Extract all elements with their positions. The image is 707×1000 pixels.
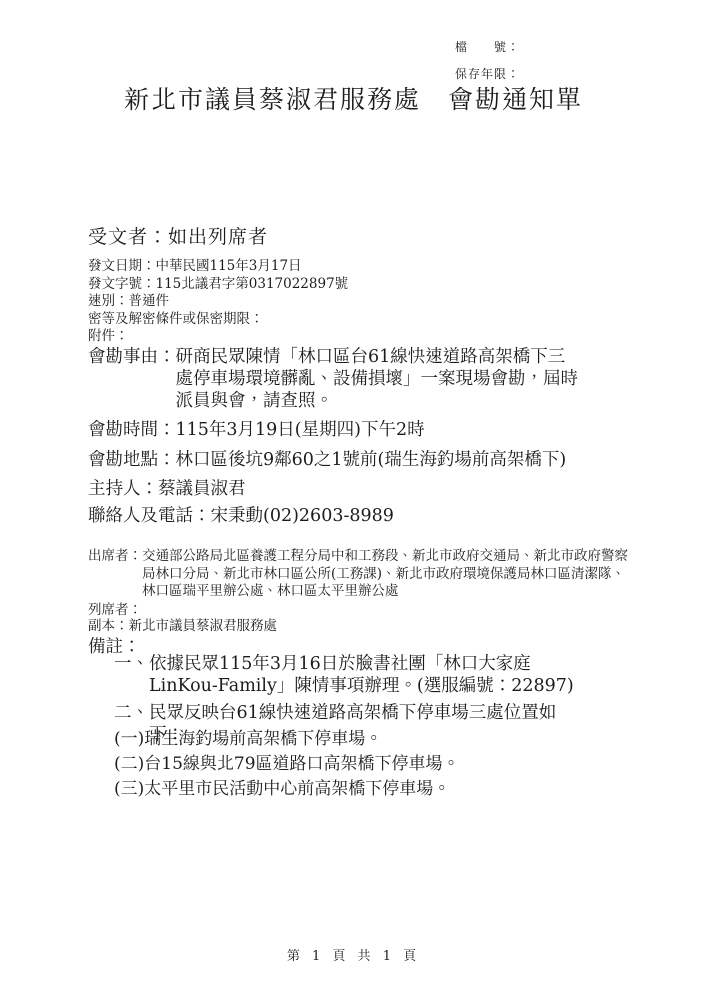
remark-item-2-marker: 二、 <box>114 702 149 724</box>
remark-item-1-marker: 一、 <box>114 653 149 675</box>
issue-date-line: 發文日期：中華民國115年3月17日 <box>88 258 608 276</box>
host-value: 蔡議員淑君 <box>158 478 648 500</box>
remark-subitem-3: (三)太平里市民活動中心前高架橋下停車場。 <box>114 778 450 800</box>
secrecy-line: 密等及解密條件或保密期限： <box>88 311 608 329</box>
observers-row: 列席者： <box>88 602 636 620</box>
remark-subitem-2: (二)台15線與北79區道路口高架橋下停車場。 <box>114 753 460 775</box>
host-row: 主持人： 蔡議員淑君 <box>88 478 648 500</box>
recipient-value: 如出列席者 <box>168 226 268 248</box>
meeting-notice-document: 檔 號： 保存年限： 新北市議員蔡淑君服務處 會勘通知單 受文者：如出列席者 發… <box>0 0 707 1000</box>
remark-item-1-text: 依據民眾115年3月16日於臉書社團「林口大家庭LinKou-Family」陳情… <box>149 653 584 697</box>
cc-row: 副本： 新北市議員蔡淑君服務處 <box>88 618 636 636</box>
observers-label: 列席者： <box>88 602 142 620</box>
secrecy-label: 密等及解密條件或保密期限： <box>88 311 264 327</box>
inspection-location-label: 會勘地點： <box>88 449 176 471</box>
issue-number-line: 發文字號：115北議君字第0317022897號 <box>88 276 608 294</box>
inspection-subject-row: 會勘事由： 研商民眾陳情「林口區台61線快速道路高架橋下三處停車場環境髒亂、設備… <box>88 346 580 412</box>
remark-item-1: 一、 依據民眾115年3月16日於臉書社團「林口大家庭LinKou-Family… <box>114 653 584 697</box>
recipient-line: 受文者：如出列席者 <box>88 222 268 249</box>
inspection-time-value: 115年3月19日(星期四)下午2時 <box>176 419 649 441</box>
inspection-location-row: 會勘地點： 林口區後坑9鄰60之1號前(瑞生海釣場前高架橋下) <box>88 449 648 471</box>
attendees-value: 交通部公路局北區養護工程分局中和工務段、新北市政府交通局、新北市政府警察局林口分… <box>142 548 636 601</box>
document-title: 新北市議員蔡淑君服務處 會勘通知單 <box>0 80 707 116</box>
attendees-label: 出席者： <box>88 548 142 566</box>
speed-line: 速別：普通件 <box>88 293 608 311</box>
inspection-subject-label: 會勘事由： <box>88 346 176 368</box>
speed-value: 普通件 <box>129 293 170 309</box>
file-number-label: 檔 號： <box>455 34 520 61</box>
document-meta: 發文日期：中華民國115年3月17日 發文字號：115北議君字第03170228… <box>88 258 608 346</box>
page-number-footer: 第 1 頁 共 1 頁 <box>0 945 707 964</box>
inspection-location-value: 林口區後坑9鄰60之1號前(瑞生海釣場前高架橋下) <box>176 449 649 471</box>
speed-label: 速別： <box>88 293 129 309</box>
cc-value: 新北市議員蔡淑君服務處 <box>129 618 637 636</box>
attachment-label: 附件： <box>88 328 129 344</box>
inspection-time-row: 會勘時間： 115年3月19日(星期四)下午2時 <box>88 419 648 441</box>
attendees-row: 出席者： 交通部公路局北區養護工程分局中和工務段、新北市政府交通局、新北市政府警… <box>88 548 636 601</box>
attachment-line: 附件： <box>88 328 608 346</box>
issue-number-value: 115北議君字第0317022897號 <box>156 276 349 292</box>
inspection-subject-value: 研商民眾陳情「林口區台61線快速道路高架橋下三處停車場環境髒亂、設備損壞」一案現… <box>176 346 581 412</box>
inspection-time-label: 會勘時間： <box>88 419 176 441</box>
contact-row: 聯絡人及電話： 宋秉動(02)2603-8989 <box>88 505 648 527</box>
remark-subitem-1: (一)瑞生海釣場前高架橋下停車場。 <box>114 728 382 750</box>
cc-label: 副本： <box>88 618 129 636</box>
issue-number-label: 發文字號： <box>88 276 156 292</box>
contact-label: 聯絡人及電話： <box>88 505 211 527</box>
issue-date-value: 中華民國115年3月17日 <box>156 258 302 274</box>
recipient-label: 受文者： <box>88 226 168 248</box>
contact-value: 宋秉動(02)2603-8989 <box>211 505 649 527</box>
host-label: 主持人： <box>88 478 158 500</box>
issue-date-label: 發文日期： <box>88 258 156 274</box>
